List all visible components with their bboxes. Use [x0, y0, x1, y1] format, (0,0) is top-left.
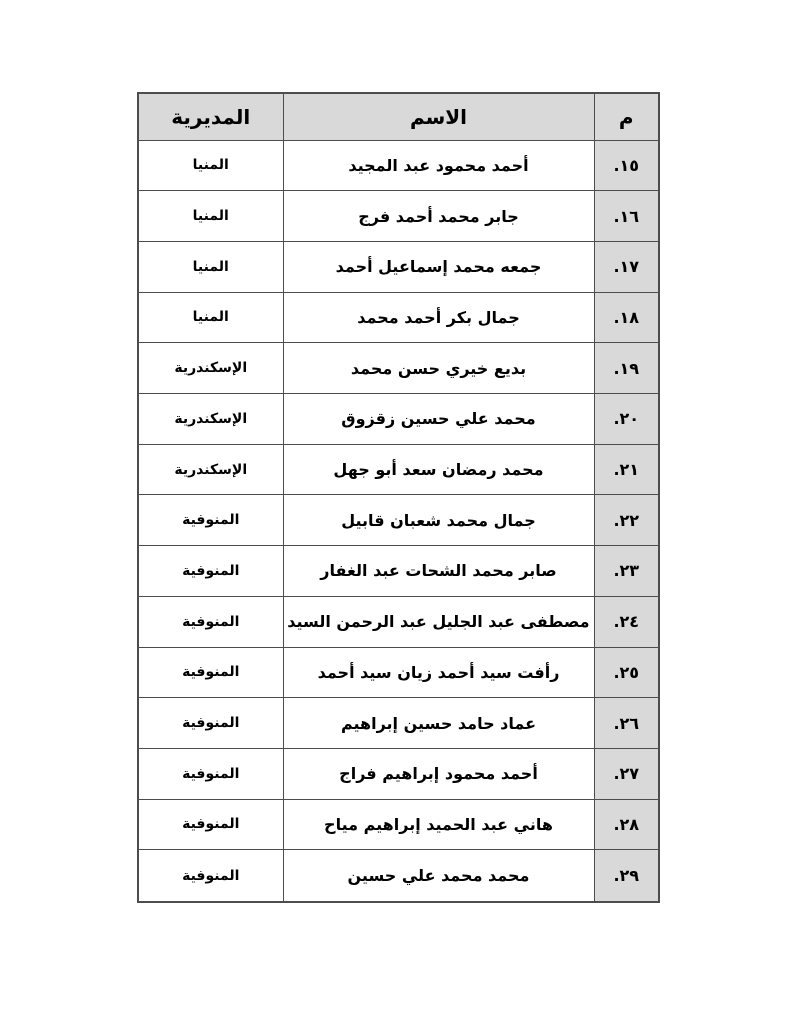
row-number-cell: ٢٢. [594, 495, 659, 546]
row-directorate-cell: المنيا [138, 292, 283, 343]
row-directorate-cell: المنوفية [138, 748, 283, 799]
row-name-cell: مصطفى عبد الجليل عبد الرحمن السيد [283, 596, 594, 647]
header-row: م الاسم المديرية [138, 93, 659, 140]
row-number-cell: ١٩. [594, 343, 659, 394]
row-directorate-cell: الإسكندرية [138, 343, 283, 394]
row-name-cell: جمال محمد شعبان قابيل [283, 495, 594, 546]
row-directorate-cell: المنوفية [138, 495, 283, 546]
row-directorate-cell: المنيا [138, 191, 283, 242]
row-number-cell: ٢١. [594, 444, 659, 495]
table-row: ٢٩. محمد محمد علي حسين المنوفية [138, 850, 659, 902]
row-directorate-cell: المنوفية [138, 647, 283, 698]
table-row: ٢٨. هاني عبد الحميد إبراهيم مياح المنوفي… [138, 799, 659, 850]
row-name-cell: جمعه محمد إسماعيل أحمد [283, 241, 594, 292]
row-directorate-cell: المنوفية [138, 850, 283, 902]
table-row: ١٨. جمال بكر أحمد محمد المنيا [138, 292, 659, 343]
row-name-cell: صابر محمد الشحات عبد الغفار [283, 546, 594, 597]
row-number-cell: ١٨. [594, 292, 659, 343]
row-directorate-cell: المنيا [138, 241, 283, 292]
row-name-cell: محمد علي حسين زقزوق [283, 394, 594, 445]
row-name-cell: جمال بكر أحمد محمد [283, 292, 594, 343]
row-name-cell: بديع خيري حسن محمد [283, 343, 594, 394]
table-body: ١٥. أحمد محمود عبد المجيد المنيا ١٦. جاب… [138, 140, 659, 902]
row-directorate-cell: المنوفية [138, 698, 283, 749]
row-number-cell: ٢٠. [594, 394, 659, 445]
row-name-cell: محمد رمضان سعد أبو جهل [283, 444, 594, 495]
row-number-cell: ٢٥. [594, 647, 659, 698]
table-row: ٢٥. رأفت سيد أحمد زيان سيد أحمد المنوفية [138, 647, 659, 698]
row-directorate-cell: المنوفية [138, 596, 283, 647]
row-directorate-cell: المنوفية [138, 799, 283, 850]
row-name-cell: جابر محمد أحمد فرج [283, 191, 594, 242]
header-number: م [594, 93, 659, 140]
row-directorate-cell: المنوفية [138, 546, 283, 597]
table-row: ١٩. بديع خيري حسن محمد الإسكندرية [138, 343, 659, 394]
row-number-cell: ٢٤. [594, 596, 659, 647]
row-name-cell: رأفت سيد أحمد زيان سيد أحمد [283, 647, 594, 698]
table-row: ٢٣. صابر محمد الشحات عبد الغفار المنوفية [138, 546, 659, 597]
row-number-cell: ١٧. [594, 241, 659, 292]
row-number-cell: ٢٧. [594, 748, 659, 799]
row-name-cell: هاني عبد الحميد إبراهيم مياح [283, 799, 594, 850]
row-number-cell: ١٦. [594, 191, 659, 242]
table-row: ١٦. جابر محمد أحمد فرج المنيا [138, 191, 659, 242]
table-row: ٢١. محمد رمضان سعد أبو جهل الإسكندرية [138, 444, 659, 495]
row-directorate-cell: المنيا [138, 140, 283, 191]
document-page: م الاسم المديرية ١٥. أحمد محمود عبد المج… [0, 0, 792, 1024]
row-number-cell: ١٥. [594, 140, 659, 191]
row-directorate-cell: الإسكندرية [138, 394, 283, 445]
header-name: الاسم [283, 93, 594, 140]
table-row: ١٥. أحمد محمود عبد المجيد المنيا [138, 140, 659, 191]
row-name-cell: محمد محمد علي حسين [283, 850, 594, 902]
table-row: ٢٧. أحمد محمود إبراهيم فراج المنوفية [138, 748, 659, 799]
roster-table: م الاسم المديرية ١٥. أحمد محمود عبد المج… [137, 92, 660, 903]
table-row: ٢٤. مصطفى عبد الجليل عبد الرحمن السيد ال… [138, 596, 659, 647]
header-directorate: المديرية [138, 93, 283, 140]
row-number-cell: ٢٦. [594, 698, 659, 749]
row-name-cell: أحمد محمود عبد المجيد [283, 140, 594, 191]
row-name-cell: عماد حامد حسين إبراهيم [283, 698, 594, 749]
row-number-cell: ٢٩. [594, 850, 659, 902]
row-name-cell: أحمد محمود إبراهيم فراج [283, 748, 594, 799]
row-directorate-cell: الإسكندرية [138, 444, 283, 495]
row-number-cell: ٢٨. [594, 799, 659, 850]
table-row: ٢٦. عماد حامد حسين إبراهيم المنوفية [138, 698, 659, 749]
table-row: ٢٢. جمال محمد شعبان قابيل المنوفية [138, 495, 659, 546]
row-number-cell: ٢٣. [594, 546, 659, 597]
table-row: ٢٠. محمد علي حسين زقزوق الإسكندرية [138, 394, 659, 445]
table-row: ١٧. جمعه محمد إسماعيل أحمد المنيا [138, 241, 659, 292]
